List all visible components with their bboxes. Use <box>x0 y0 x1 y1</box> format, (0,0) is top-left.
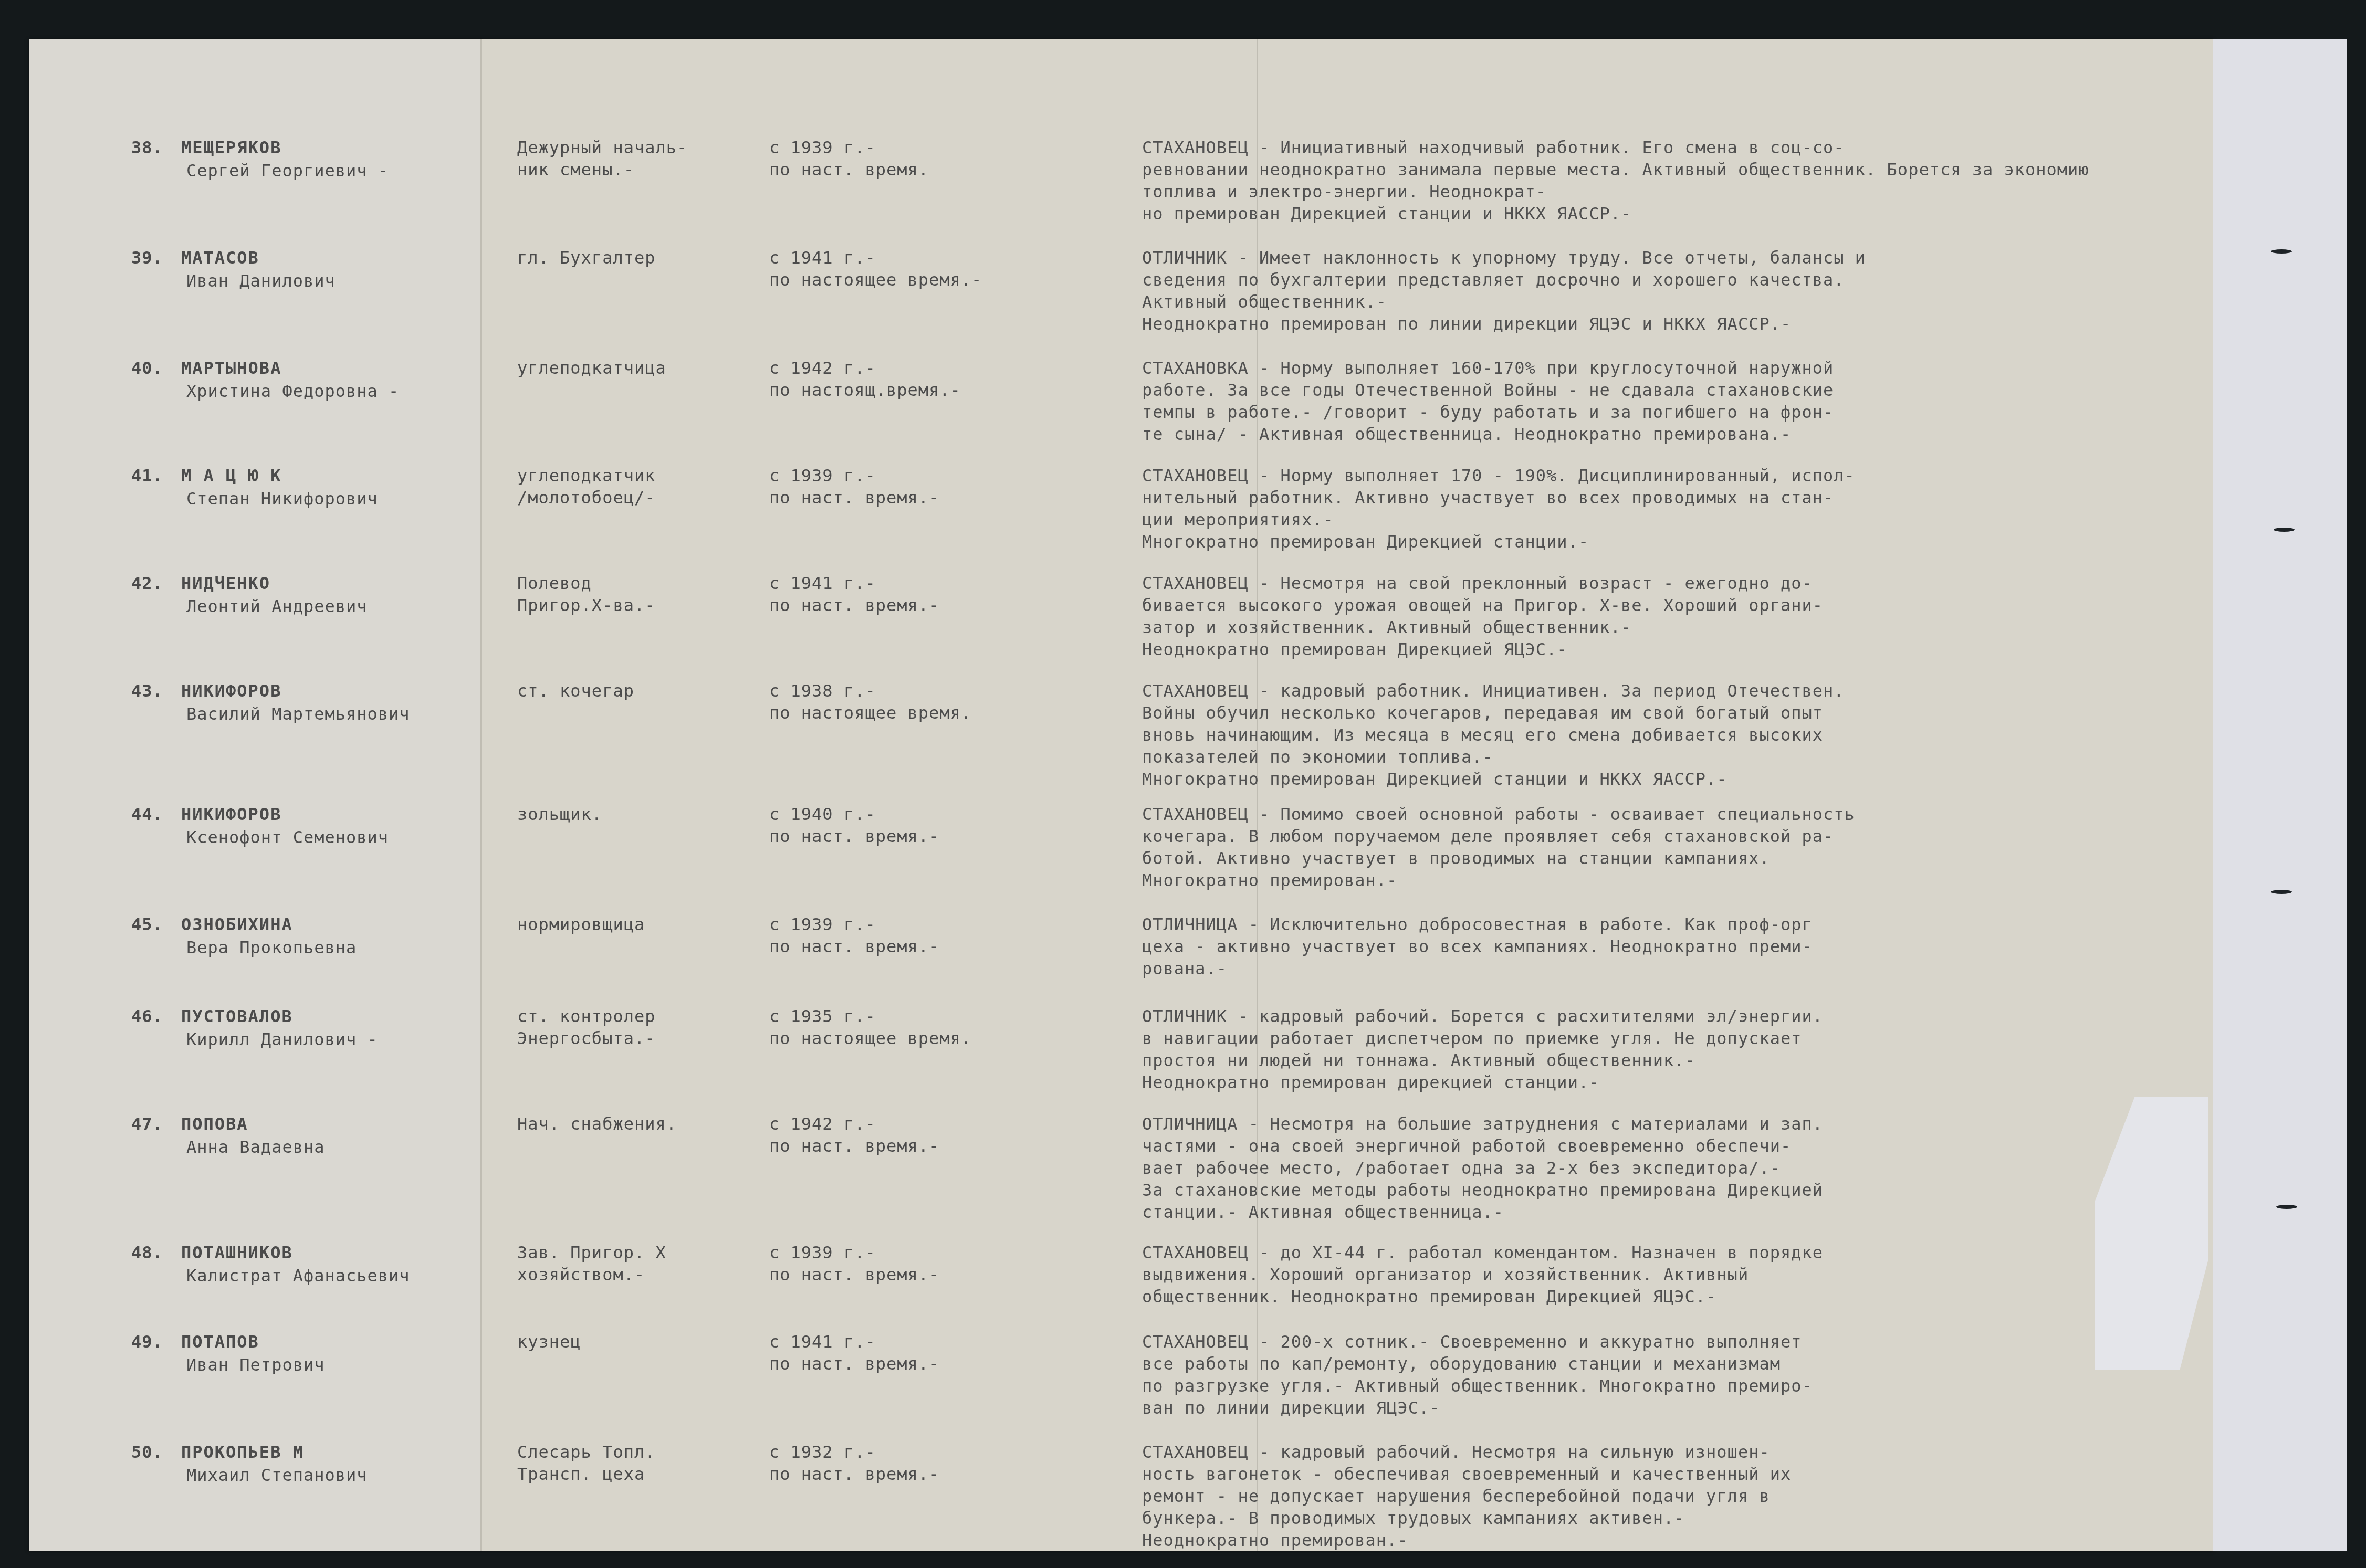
entry-position: углеподкатчица <box>517 357 666 379</box>
entry-surname: НИКИФОРОВ <box>181 803 281 825</box>
entry-number: 44. <box>131 803 163 825</box>
personnel-list: 38. МЕЩЕРЯКОВ Сергей Георгиевич - Дежурн… <box>29 39 2213 1551</box>
entry-given-names: Ксенофонт Семенович <box>186 826 389 848</box>
entry-description: СТАХАНОВЕЦ - Норму выполняет 170 - 190%.… <box>1142 465 2140 553</box>
entry-number: 43. <box>131 680 163 702</box>
entry-number: 50. <box>131 1441 163 1463</box>
entry-position: Слесарь Топл. Трансп. цеха <box>517 1441 655 1485</box>
entry-period: с 1942 г.- по настоящ.время.- <box>769 357 961 401</box>
entry-description: ОТЛИЧНИЦА - Несмотря на большие затрудне… <box>1142 1113 2140 1223</box>
entry-surname: ПОТАПОВ <box>181 1331 259 1353</box>
entry-description: СТАХАНОВЕЦ - Несмотря на свой преклонный… <box>1142 572 2140 660</box>
entry-position: ст. кочегар <box>517 680 634 702</box>
entry-surname: ОЗНОБИХИНА <box>181 913 293 935</box>
entry-number: 41. <box>131 465 163 487</box>
entry-period: с 1939 г.- по наст. время.- <box>769 465 939 509</box>
entry-number: 45. <box>131 913 163 935</box>
entry-given-names: Христина Федоровна - <box>186 380 399 402</box>
entry-surname: ПОТАШНИКОВ <box>181 1241 293 1264</box>
entry-position: Зав. Пригор. Х хозяйством.- <box>517 1241 666 1286</box>
entry-period: с 1942 г.- по наст. время.- <box>769 1113 939 1157</box>
entry-number: 38. <box>131 136 163 159</box>
entry-number: 42. <box>131 572 163 594</box>
entry-given-names: Михаил Степанович <box>186 1464 368 1486</box>
entry-description: ОТЛИЧНИК - Имеет наклонность к упорному … <box>1142 247 2140 335</box>
binding-hole-icon <box>2271 249 2292 254</box>
entry-surname: МАРТЫНОВА <box>181 357 281 379</box>
entry-surname: НИДЧЕНКО <box>181 572 270 594</box>
binding-hole-icon <box>2276 1205 2297 1209</box>
entry-period: с 1939 г.- по наст. время.- <box>769 1241 939 1286</box>
entry-description: СТАХАНОВЕЦ - кадровый рабочий. Несмотря … <box>1142 1441 2140 1551</box>
entry-position: ст. контролер Энергосбыта.- <box>517 1005 655 1049</box>
entry-given-names: Леонтий Андреевич <box>186 595 368 617</box>
entry-period: с 1941 г.- по наст. время.- <box>769 1331 939 1375</box>
entry-period: с 1935 г.- по настоящее время. <box>769 1005 971 1049</box>
entry-period: с 1939 г.- по наст. время.- <box>769 913 939 957</box>
entry-given-names: Иван Петрович <box>186 1354 324 1376</box>
entry-period: с 1941 г.- по настоящее время.- <box>769 247 982 291</box>
binding-strip <box>2213 39 2347 1551</box>
entry-given-names: Иван Данилович <box>186 270 336 292</box>
entry-number: 48. <box>131 1241 163 1264</box>
binding-hole-icon <box>2271 890 2292 894</box>
entry-position: зольщик. <box>517 803 602 825</box>
entry-position: Полевод Пригор.Х-ва.- <box>517 572 655 616</box>
entry-surname: ПУСТОВАЛОВ <box>181 1005 293 1027</box>
entry-given-names: Василий Мартемьянович <box>186 703 410 725</box>
entry-given-names: Вера Прокопьевна <box>186 936 357 959</box>
entry-surname: ПРОКОПЬЕВ М <box>181 1441 304 1463</box>
entry-given-names: Анна Вадаевна <box>186 1136 324 1158</box>
binding-hole-icon <box>2274 528 2295 532</box>
entry-description: ОТЛИЧНИК - кадровый рабочий. Борется с р… <box>1142 1005 2140 1093</box>
entry-position: гл. Бухгалтер <box>517 247 655 269</box>
entry-number: 40. <box>131 357 163 379</box>
entry-surname: М А Ц Ю К <box>181 465 281 487</box>
entry-position: Дежурный началь- ник смены.- <box>517 136 687 181</box>
entry-position: углеподкатчик /молотобоец/- <box>517 465 655 509</box>
entry-position: нормировщица <box>517 913 645 935</box>
entry-description: СТАХАНОВКА - Норму выполняет 160-170% пр… <box>1142 357 2140 445</box>
entry-period: с 1941 г.- по наст. время.- <box>769 572 939 616</box>
entry-period: с 1938 г.- по настоящее время. <box>769 680 971 724</box>
entry-given-names: Сергей Георгиевич - <box>186 160 389 182</box>
entry-description: СТАХАНОВЕЦ - Инициативный находчивый раб… <box>1142 136 2140 225</box>
entry-position: кузнец <box>517 1331 581 1353</box>
entry-period: с 1932 г.- по наст. время.- <box>769 1441 939 1485</box>
entry-number: 39. <box>131 247 163 269</box>
entry-given-names: Кирилл Данилович - <box>186 1028 378 1050</box>
entry-surname: ПОПОВА <box>181 1113 248 1135</box>
entry-given-names: Степан Никифорович <box>186 488 378 510</box>
entry-description: СТАХАНОВЕЦ - до XI-44 г. работал коменда… <box>1142 1241 2140 1308</box>
entry-description: СТАХАНОВЕЦ - кадровый работник. Инициати… <box>1142 680 2140 790</box>
entry-given-names: Калистрат Афанасьевич <box>186 1265 410 1287</box>
entry-description: СТАХАНОВЕЦ - Помимо своей основной работ… <box>1142 803 2140 891</box>
document-page: 38. МЕЩЕРЯКОВ Сергей Георгиевич - Дежурн… <box>29 39 2213 1551</box>
entry-position: Нач. снабжения. <box>517 1113 677 1135</box>
entry-description: СТАХАНОВЕЦ - 200-х сотник.- Своевременно… <box>1142 1331 2140 1419</box>
entry-number: 46. <box>131 1005 163 1027</box>
entry-period: с 1940 г.- по наст. время.- <box>769 803 939 847</box>
entry-description: ОТЛИЧНИЦА - Исключительно добросовестная… <box>1142 913 2140 980</box>
entry-period: с 1939 г.- по наст. время. <box>769 136 929 181</box>
entry-surname: МЕЩЕРЯКОВ <box>181 136 281 159</box>
entry-number: 49. <box>131 1331 163 1353</box>
entry-number: 47. <box>131 1113 163 1135</box>
entry-surname: НИКИФОРОВ <box>181 680 281 702</box>
entry-surname: МАТАСОВ <box>181 247 259 269</box>
